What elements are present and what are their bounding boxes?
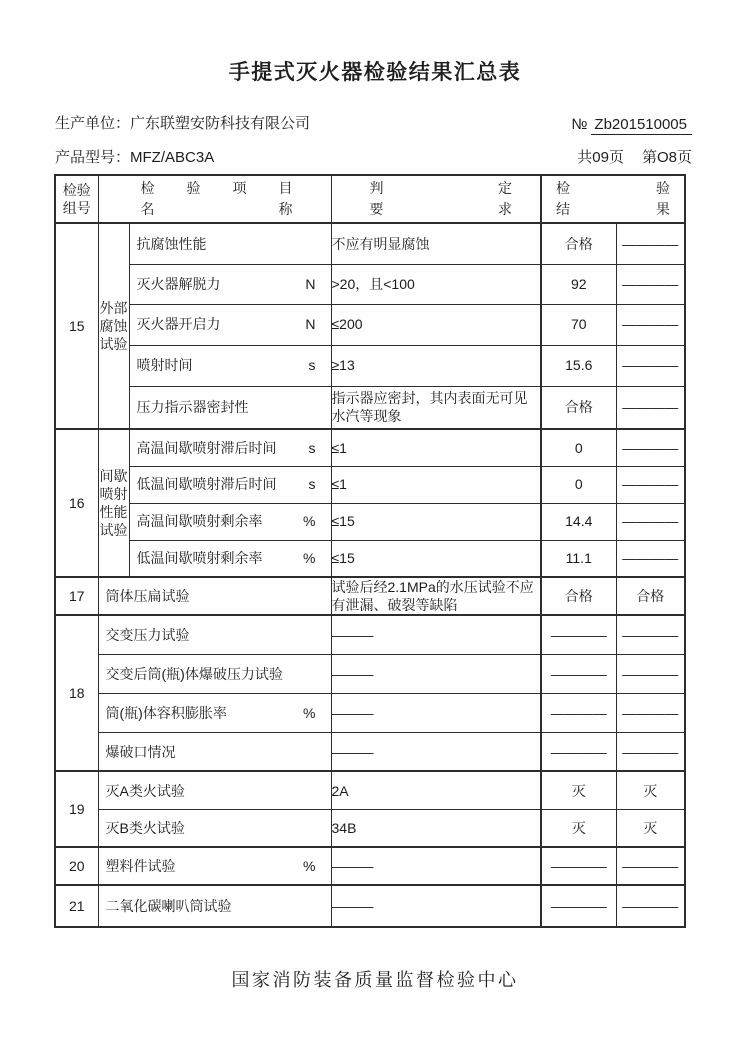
- item-cell: 灭B类火试验: [98, 809, 331, 847]
- item-label: 交变压力试验: [106, 626, 190, 644]
- result-cell: ————: [541, 732, 616, 771]
- header-result-line2: 结果: [556, 199, 670, 220]
- doc-number-value: Zb201510005: [591, 116, 692, 135]
- group-number: 15: [55, 223, 98, 429]
- unit-label: N: [305, 315, 315, 333]
- result-cell: 合格: [541, 223, 616, 264]
- requirement-cell: ≤1: [331, 466, 541, 503]
- item-label: 交变后筒(瓶)体爆破压力试验: [106, 665, 283, 683]
- item-label: 灭B类火试验: [106, 819, 185, 837]
- result-cell: 合格: [541, 577, 616, 615]
- requirement-cell: ≤15: [331, 540, 541, 577]
- item-label: 低温间歇喷射滞后时间: [137, 475, 277, 493]
- producer-row: 生产单位：广东联塑安防科技有限公司 №Zb201510005: [55, 112, 692, 133]
- verdict-cell: 灭: [616, 771, 685, 809]
- item-cell: 爆破口情况: [98, 732, 331, 771]
- requirement-cell: ———: [331, 847, 541, 885]
- verdict-cell: 灭: [616, 809, 685, 847]
- item-label: 灭火器开启力: [137, 315, 221, 333]
- requirement-cell: ———: [331, 732, 541, 771]
- page-current: 第O8页: [642, 149, 692, 166]
- model-label: 产品型号：: [55, 149, 130, 166]
- group-number: 17: [55, 577, 98, 615]
- verdict-cell: ————: [616, 540, 685, 577]
- item-cell: 交变后筒(瓶)体爆破压力试验: [98, 654, 331, 693]
- result-cell: 92: [541, 264, 616, 304]
- doc-number: №Zb201510005: [571, 116, 692, 133]
- producer: 生产单位：广东联塑安防科技有限公司: [55, 112, 310, 133]
- header-group-no: 检验 组号: [55, 175, 98, 223]
- item-cell: 灭火器开启力N: [129, 304, 331, 345]
- result-cell: 15.6: [541, 345, 616, 386]
- result-cell: 灭: [541, 809, 616, 847]
- item-cell: 高温间歇喷射剩余率%: [129, 503, 331, 540]
- group-name: 外部 腐蚀 试验: [98, 223, 129, 429]
- result-cell: 11.1: [541, 540, 616, 577]
- group-number: 20: [55, 847, 98, 885]
- item-label: 塑料件试验: [106, 857, 176, 875]
- item-label: 筒(瓶)体容积膨胀率: [106, 704, 227, 722]
- header-item-line1: 检验项目: [141, 178, 293, 199]
- requirement-cell: 指示器应密封，其内表面无可见水汽等现象: [331, 386, 541, 429]
- header-requirement: 判定 要求: [331, 175, 541, 223]
- verdict-cell: ————: [616, 732, 685, 771]
- group-name: 间歇 喷射 性能 试验: [98, 429, 129, 577]
- model: 产品型号：MFZ/ABC3A: [55, 146, 214, 167]
- requirement-cell: ≤1: [331, 429, 541, 466]
- verdict-cell: ————: [616, 429, 685, 466]
- item-label: 喷射时间: [137, 356, 193, 374]
- scanned-document-page: 手提式灭火器检验结果汇总表 生产单位：广东联塑安防科技有限公司 №Zb20151…: [0, 0, 750, 1061]
- footer-organization: 国家消防装备质量监督检验中心: [0, 966, 750, 992]
- result-cell: 0: [541, 429, 616, 466]
- requirement-cell: ———: [331, 693, 541, 732]
- result-cell: ————: [541, 615, 616, 654]
- item-label: 灭A类火试验: [106, 782, 185, 800]
- unit-label: s: [309, 356, 316, 374]
- pagination: 共09页第O8页: [577, 146, 692, 167]
- unit-label: s: [309, 475, 316, 493]
- requirement-cell: 2A: [331, 771, 541, 809]
- verdict-cell: ————: [616, 847, 685, 885]
- unit-label: %: [303, 512, 315, 530]
- item-cell: 抗腐蚀性能: [129, 223, 331, 264]
- requirement-cell: 试验后经2.1MPa的水压试验不应有泄漏、破裂等缺陷: [331, 577, 541, 615]
- verdict-cell: ————: [616, 503, 685, 540]
- item-cell: 塑料件试验%: [98, 847, 331, 885]
- verdict-cell: ————: [616, 264, 685, 304]
- item-cell: 筒体压扁试验: [98, 577, 331, 615]
- requirement-cell: ———: [331, 654, 541, 693]
- item-cell: 低温间歇喷射滞后时间s: [129, 466, 331, 503]
- item-cell: 二氧化碳喇叭筒试验: [98, 885, 331, 927]
- item-label: 高温间歇喷射滞后时间: [137, 439, 277, 457]
- verdict-cell: ————: [616, 386, 685, 429]
- results-table: 检验 组号 检验项目 名称 判定 要求 检验 结果 15 外部 腐蚀 试验: [54, 174, 686, 928]
- result-cell: ————: [541, 693, 616, 732]
- group-number: 16: [55, 429, 98, 577]
- model-value: MFZ/ABC3A: [130, 149, 214, 166]
- requirement-cell: ≤15: [331, 503, 541, 540]
- result-cell: 灭: [541, 771, 616, 809]
- header-item-name: 检验项目 名称: [98, 175, 331, 223]
- group-number: 19: [55, 771, 98, 847]
- verdict-cell: ————: [616, 693, 685, 732]
- item-cell: 灭A类火试验: [98, 771, 331, 809]
- result-cell: ————: [541, 885, 616, 927]
- result-cell: 0: [541, 466, 616, 503]
- result-cell: 70: [541, 304, 616, 345]
- verdict-cell: ————: [616, 654, 685, 693]
- producer-value: 广东联塑安防科技有限公司: [130, 115, 310, 132]
- result-cell: 14.4: [541, 503, 616, 540]
- item-cell: 喷射时间s: [129, 345, 331, 386]
- result-cell: ————: [541, 654, 616, 693]
- verdict-cell: ————: [616, 466, 685, 503]
- pages-total: 共09页: [577, 149, 624, 166]
- item-label: 筒体压扁试验: [106, 587, 190, 605]
- requirement-cell: ———: [331, 615, 541, 654]
- group-number: 21: [55, 885, 98, 927]
- requirement-cell: ≤200: [331, 304, 541, 345]
- unit-label: %: [303, 857, 315, 875]
- verdict-cell: ————: [616, 223, 685, 264]
- doc-number-label: №: [571, 116, 587, 133]
- requirement-cell: ———: [331, 885, 541, 927]
- unit-label: N: [305, 275, 315, 293]
- item-label: 高温间歇喷射剩余率: [137, 512, 263, 530]
- producer-label: 生产单位：: [55, 115, 130, 132]
- unit-label: %: [303, 549, 315, 567]
- item-cell: 交变压力试验: [98, 615, 331, 654]
- header-req-line2: 要求: [370, 199, 513, 220]
- header-result: 检验 结果: [541, 175, 685, 223]
- requirement-cell: ≥13: [331, 345, 541, 386]
- item-cell: 压力指示器密封性: [129, 386, 331, 429]
- item-cell: 灭火器解脱力N: [129, 264, 331, 304]
- verdict-cell: ————: [616, 304, 685, 345]
- header-req-line1: 判定: [370, 178, 513, 199]
- item-label: 抗腐蚀性能: [137, 235, 207, 253]
- result-cell: ————: [541, 847, 616, 885]
- item-cell: 高温间歇喷射滞后时间s: [129, 429, 331, 466]
- verdict-cell: ————: [616, 345, 685, 386]
- page-title: 手提式灭火器检验结果汇总表: [0, 56, 750, 86]
- header-item-line2: 名称: [141, 199, 293, 220]
- item-label: 灭火器解脱力: [137, 275, 221, 293]
- model-row: 产品型号：MFZ/ABC3A 共09页第O8页: [55, 146, 692, 167]
- verdict-cell: ————: [616, 885, 685, 927]
- item-label: 压力指示器密封性: [137, 398, 249, 416]
- header-result-line1: 检验: [556, 178, 670, 199]
- item-label: 低温间歇喷射剩余率: [137, 549, 263, 567]
- result-cell: 合格: [541, 386, 616, 429]
- unit-label: s: [309, 439, 316, 457]
- requirement-cell: >20，且<100: [331, 264, 541, 304]
- verdict-cell: 合格: [616, 577, 685, 615]
- requirement-cell: 不应有明显腐蚀: [331, 223, 541, 264]
- unit-label: %: [303, 704, 315, 722]
- item-label: 爆破口情况: [106, 743, 176, 761]
- item-cell: 低温间歇喷射剩余率%: [129, 540, 331, 577]
- verdict-cell: ————: [616, 615, 685, 654]
- requirement-cell: 34B: [331, 809, 541, 847]
- group-number: 18: [55, 615, 98, 771]
- item-cell: 筒(瓶)体容积膨胀率%: [98, 693, 331, 732]
- item-label: 二氧化碳喇叭筒试验: [106, 897, 232, 915]
